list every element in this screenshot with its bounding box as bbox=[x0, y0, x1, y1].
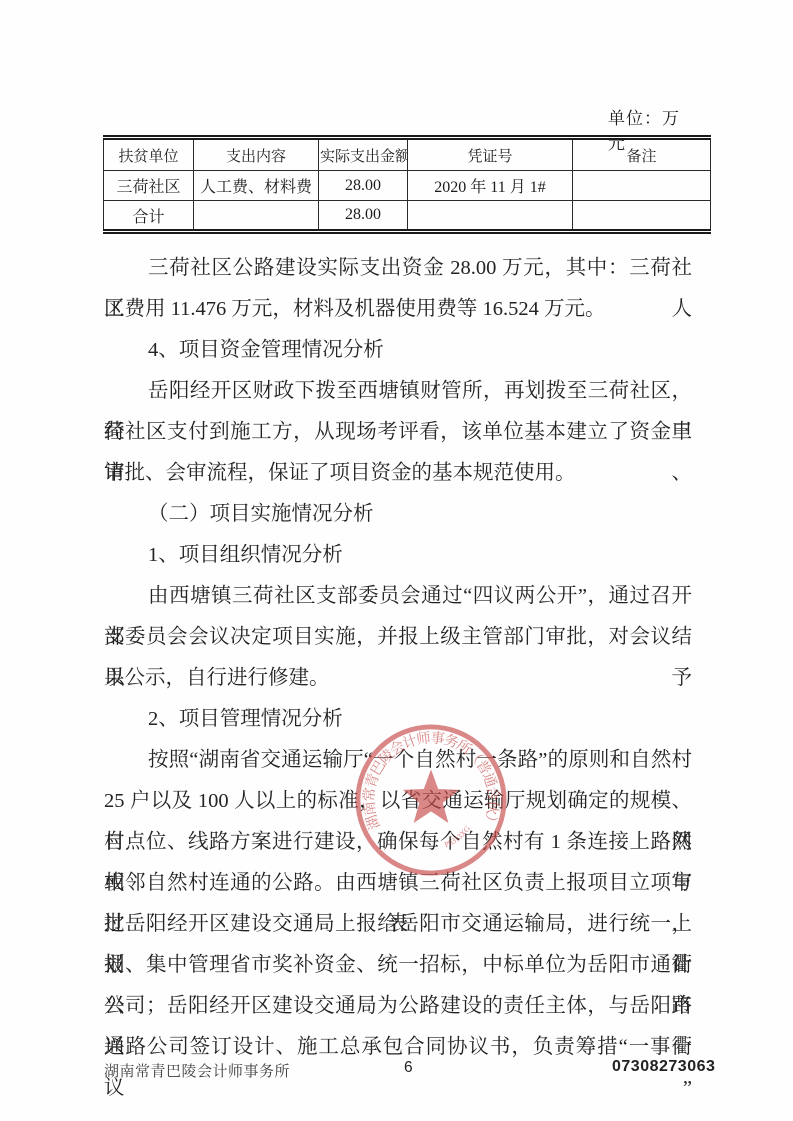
expense-table: 扶贫单位支出内容实际支出金额凭证号备注三荷社区人工费、材料费28.002020 … bbox=[103, 135, 711, 234]
table-cell: 备注 bbox=[573, 138, 711, 171]
table-row: 三荷社区人工费、材料费28.002020 年 11 月 1# bbox=[104, 171, 711, 201]
body-line: 1、项目组织情况分析 bbox=[104, 535, 692, 576]
body-line: 划、集中管理省市奖补资金、统一招标，中标单位为岳阳市通衢兴路 bbox=[104, 945, 692, 986]
body-line: （二）项目实施情况分析 bbox=[104, 494, 692, 535]
table-cell: 28.00 bbox=[319, 171, 408, 201]
body-line: 25 户以及 100 人以上的标准，以省交通运输厅规划确定的规模、自然 bbox=[104, 781, 692, 822]
table-cell: 人工费、材料费 bbox=[194, 171, 319, 201]
body-line: 2、项目管理情况分析 bbox=[104, 699, 692, 740]
table-header-row: 扶贫单位支出内容实际支出金额凭证号备注 bbox=[104, 138, 711, 171]
body-line: 4、项目资金管理情况分析 bbox=[104, 330, 692, 371]
footer-phone-number: 07308273063 bbox=[612, 1058, 715, 1076]
table-row: 合计28.00 bbox=[104, 201, 711, 232]
table-cell bbox=[194, 201, 319, 232]
body-line: 过岳阳经开区建设交通局上报给岳阳市交通运输局，进行统一上报计 bbox=[104, 904, 692, 945]
body-line: 三荷社区公路建设实际支出资金 28.00 万元，其中：三荷社区人 bbox=[104, 248, 692, 289]
body-line: 岳阳经开区财政下拨至西塘镇财管所，再划拨至三荷社区，经三 bbox=[104, 371, 692, 412]
table-cell bbox=[573, 201, 711, 232]
body-line: 村点位、线路方案进行建设，确保每个自然村有 1 条连接上路网或与 bbox=[104, 822, 692, 863]
document-page: 单位：万元 扶贫单位支出内容实际支出金额凭证号备注三荷社区人工费、材料费28.0… bbox=[0, 0, 793, 1121]
body-line: 荷社区支付到施工方，从现场考评看，该单位基本建立了资金申请、 bbox=[104, 412, 692, 453]
body-text: 三荷社区公路建设实际支出资金 28.00 万元，其中：三荷社区人工费用 11.4… bbox=[104, 248, 692, 1068]
table-cell: 28.00 bbox=[319, 201, 408, 232]
table-cell bbox=[408, 201, 573, 232]
footer-page-number: 6 bbox=[404, 1059, 413, 1077]
body-line: 按照“湖南省交通运输厅“一个自然村一条路”的原则和自然村 bbox=[104, 740, 692, 781]
body-line: 工费用 11.476 万元，材料及机器使用费等 16.524 万元。 bbox=[104, 289, 692, 330]
table-cell: 实际支出金额 bbox=[319, 138, 408, 171]
body-line: 相邻自然村连通的公路。由西塘镇三荷社区负责上报项目立项审批表， bbox=[104, 863, 692, 904]
footer-firm-name: 湖南常青巴陵会计师事务所 bbox=[104, 1060, 290, 1081]
table-cell: 扶贫单位 bbox=[104, 138, 194, 171]
table-cell: 凭证号 bbox=[408, 138, 573, 171]
body-line: 由西塘镇三荷社区支部委员会通过“四议两公开”，通过召开支 bbox=[104, 576, 692, 617]
table-cell bbox=[573, 171, 711, 201]
body-line: 部委员会会议决定项目实施，并报上级主管部门审批，对会议结果予 bbox=[104, 617, 692, 658]
body-line: 公司；岳阳经开区建设交通局为公路建设的责任主体，与岳阳市通衢 bbox=[104, 986, 692, 1027]
table-cell: 2020 年 11 月 1# bbox=[408, 171, 573, 201]
expense-table-body: 扶贫单位支出内容实际支出金额凭证号备注三荷社区人工费、材料费28.002020 … bbox=[104, 138, 711, 232]
table-cell: 三荷社区 bbox=[104, 171, 194, 201]
table-cell: 支出内容 bbox=[194, 138, 319, 171]
table-cell: 合计 bbox=[104, 201, 194, 232]
